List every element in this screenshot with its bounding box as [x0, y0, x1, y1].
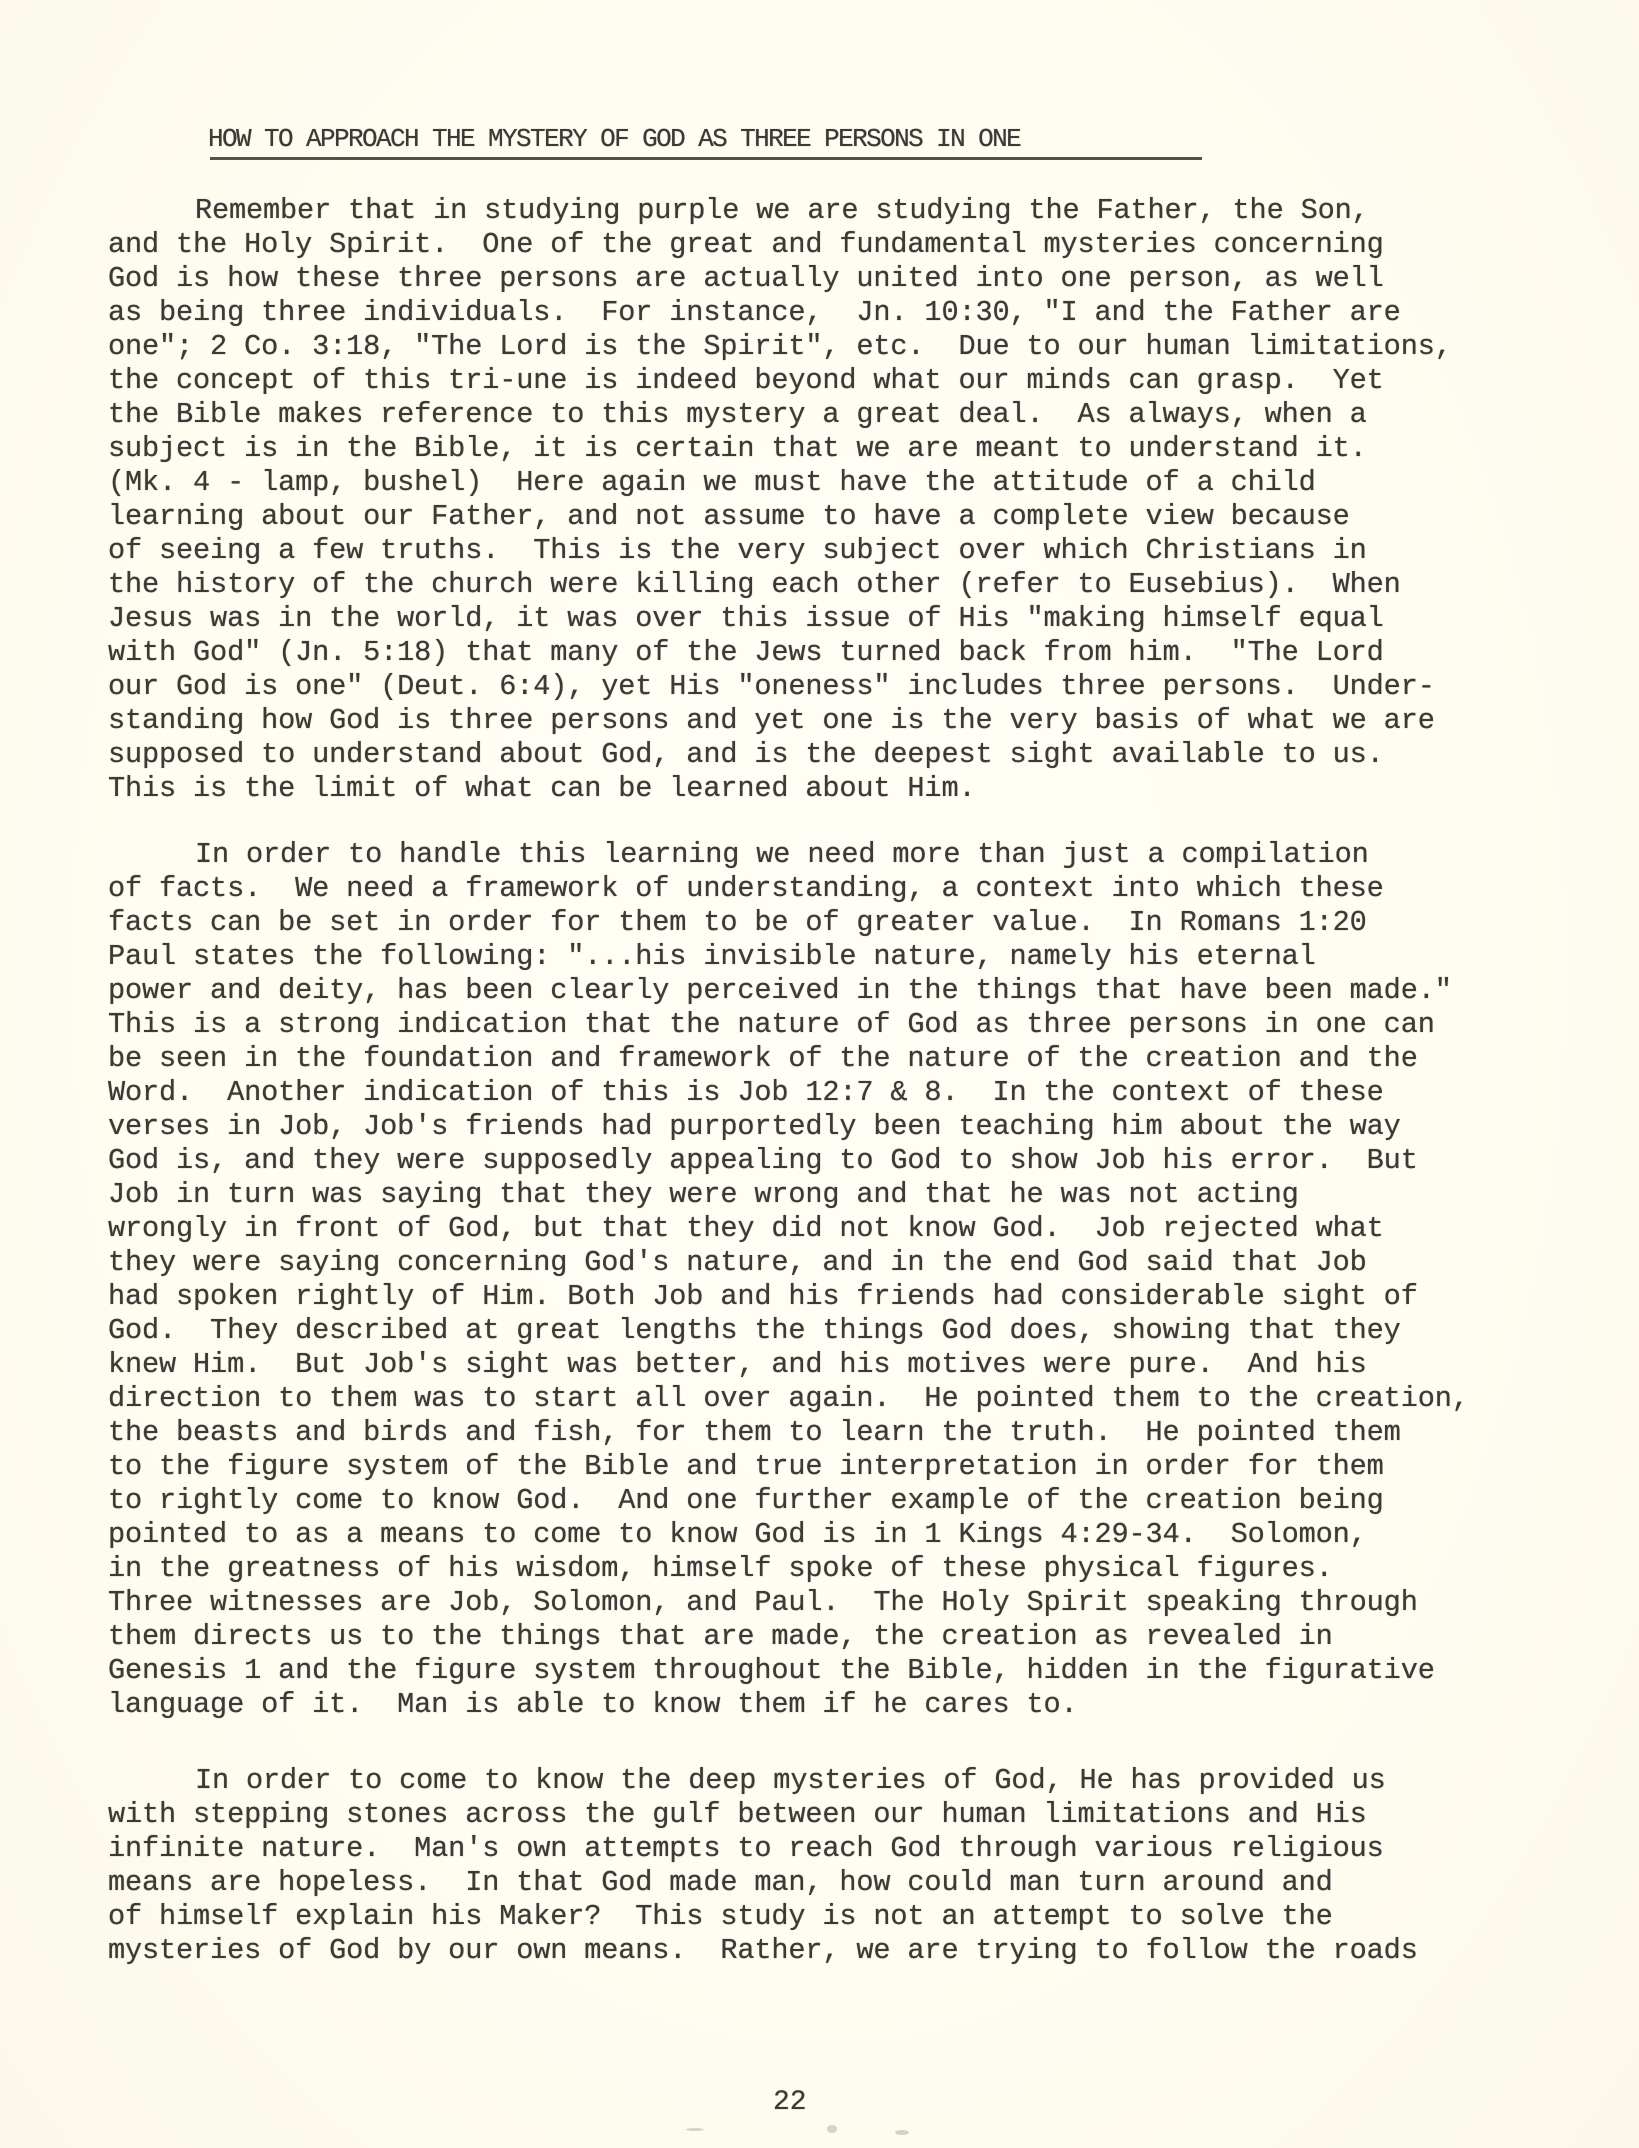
page-title: HOW TO APPROACH THE MYSTERY OF GOD AS TH…: [208, 124, 1020, 154]
text-line: Genesis 1 and the figure system througho…: [108, 1654, 1588, 1688]
scan-speck: [686, 2128, 704, 2131]
text-line: the Bible makes reference to this myster…: [108, 398, 1588, 432]
text-line: This is a strong indication that the nat…: [108, 1008, 1588, 1042]
page-number: 22: [773, 2088, 807, 2118]
text-line: supposed to understand about God, and is…: [108, 738, 1588, 772]
text-line: power and deity, has been clearly percei…: [108, 974, 1588, 1008]
text-line: Word. Another indication of this is Job …: [108, 1076, 1588, 1110]
text-line: means are hopeless. In that God made man…: [108, 1866, 1588, 1900]
text-line: our God is one" (Deut. 6:4), yet His "on…: [108, 670, 1588, 704]
text-line: them directs us to the things that are m…: [108, 1620, 1588, 1654]
text-line: subject is in the Bible, it is certain t…: [108, 432, 1588, 466]
paragraph: Remember that in studying purple we are …: [108, 194, 1588, 806]
text-line: the history of the church were killing e…: [108, 568, 1588, 602]
text-line: Jesus was in the world, it was over this…: [108, 602, 1588, 636]
text-line: of himself explain his Maker? This study…: [108, 1900, 1588, 1934]
text-line: Remember that in studying purple we are …: [108, 194, 1588, 228]
text-line: pointed to as a means to come to know Go…: [108, 1518, 1588, 1552]
text-line: the concept of this tri-une is indeed be…: [108, 364, 1588, 398]
scan-speck: [827, 2125, 837, 2133]
text-line: Paul states the following: "...his invis…: [108, 940, 1588, 974]
text-line: language of it. Man is able to know them…: [108, 1688, 1588, 1722]
text-line: as being three individuals. For instance…: [108, 296, 1588, 330]
text-line: verses in Job, Job's friends had purport…: [108, 1110, 1588, 1144]
text-line: direction to them was to start all over …: [108, 1382, 1588, 1416]
text-line: facts can be set in order for them to be…: [108, 906, 1588, 940]
text-line: had spoken rightly of Him. Both Job and …: [108, 1280, 1588, 1314]
text-line: of facts. We need a framework of underst…: [108, 872, 1588, 906]
text-line: Job in turn was saying that they were wr…: [108, 1178, 1588, 1212]
text-line: In order to handle this learning we need…: [108, 838, 1588, 872]
text-line: wrongly in front of God, but that they d…: [108, 1212, 1588, 1246]
text-line: with God" (Jn. 5:18) that many of the Je…: [108, 636, 1588, 670]
text-line: and the Holy Spirit. One of the great an…: [108, 228, 1588, 262]
text-line: be seen in the foundation and framework …: [108, 1042, 1588, 1076]
text-line: God is, and they were supposedly appeali…: [108, 1144, 1588, 1178]
text-line: the beasts and birds and fish, for them …: [108, 1416, 1588, 1450]
text-line: God. They described at great lengths the…: [108, 1314, 1588, 1348]
text-line: (Mk. 4 - lamp, bushel) Here again we mus…: [108, 466, 1588, 500]
text-line: standing how God is three persons and ye…: [108, 704, 1588, 738]
text-line: God is how these three persons are actua…: [108, 262, 1588, 296]
text-line: mysteries of God by our own means. Rathe…: [108, 1934, 1588, 1968]
paragraph: In order to come to know the deep myster…: [108, 1764, 1588, 1968]
text-line: to the figure system of the Bible and tr…: [108, 1450, 1588, 1484]
text-line: to rightly come to know God. And one fur…: [108, 1484, 1588, 1518]
text-line: learning about our Father, and not assum…: [108, 500, 1588, 534]
text-line: In order to come to know the deep myster…: [108, 1764, 1588, 1798]
title-underline: [210, 157, 1202, 160]
text-line: knew Him. But Job's sight was better, an…: [108, 1348, 1588, 1382]
scan-speck: [895, 2130, 909, 2135]
text-line: Three witnesses are Job, Solomon, and Pa…: [108, 1586, 1588, 1620]
document-page: HOW TO APPROACH THE MYSTERY OF GOD AS TH…: [0, 0, 1639, 2148]
paragraph: In order to handle this learning we need…: [108, 838, 1588, 1722]
text-line: of seeing a few truths. This is the very…: [108, 534, 1588, 568]
text-line: This is the limit of what can be learned…: [108, 772, 1588, 806]
text-line: infinite nature. Man's own attempts to r…: [108, 1832, 1588, 1866]
text-line: they were saying concerning God's nature…: [108, 1246, 1588, 1280]
text-line: with stepping stones across the gulf bet…: [108, 1798, 1588, 1832]
text-line: in the greatness of his wisdom, himself …: [108, 1552, 1588, 1586]
text-line: one"; 2 Co. 3:18, "The Lord is the Spiri…: [108, 330, 1588, 364]
